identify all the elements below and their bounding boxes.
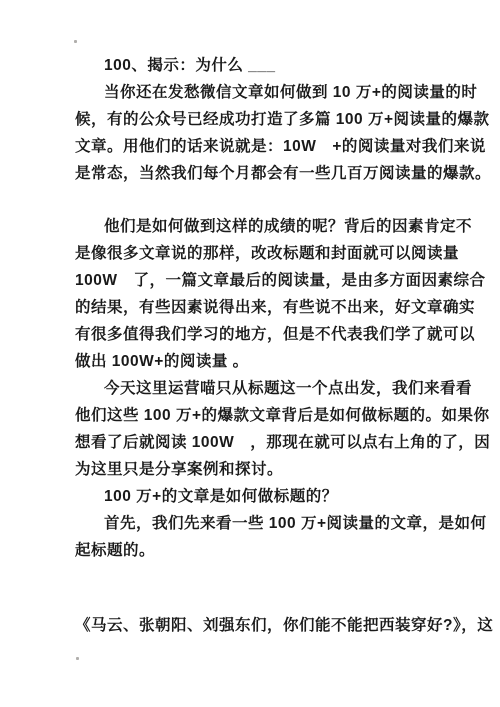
document-page: 100、揭示：为什么 ___当你还在发愁微信文章如何做到 10 万+的阅读量的时… bbox=[0, 0, 500, 707]
text-line: 做出 100W+的阅读量 。 bbox=[75, 348, 435, 375]
text-line: 候，有的公众号已经成功打造了多篇 100 万+阅读量的爆款 bbox=[75, 106, 435, 133]
stray-mark-top bbox=[74, 40, 77, 43]
text-line: 是常态，当然我们每个月都会有一些几百万阅读量的爆款。 bbox=[75, 160, 435, 187]
text-line: 他们是如何做到这样的成绩的呢？背后的因素肯定不 bbox=[75, 213, 435, 240]
document-body: 100、揭示：为什么 ___当你还在发愁微信文章如何做到 10 万+的阅读量的时… bbox=[75, 52, 435, 639]
text-line: 《马云、张朝阳、刘强东们，你们能不能把西装穿好?》，这 bbox=[75, 612, 435, 639]
text-line: 100 万+的文章是如何做标题的？ bbox=[75, 483, 435, 510]
text-line: 100、揭示：为什么 ___ bbox=[75, 52, 435, 79]
text-line: 是像很多文章说的那样，改改标题和封面就可以阅读量 bbox=[75, 240, 435, 267]
text-line: 起标题的。 bbox=[75, 537, 435, 564]
text-line: 的结果，有些因素说得出来，有些说不出来，好文章确实 bbox=[75, 294, 435, 321]
text-line: 他们这些 100 万+的爆款文章背后是如何做标题的。如果你 bbox=[75, 402, 435, 429]
stray-mark-bottom bbox=[76, 657, 79, 660]
text-line: 当你还在发愁微信文章如何做到 10 万+的阅读量的时 bbox=[75, 79, 435, 106]
text-line: 想看了后就阅读 100W ，那现在就可以点右上角的了，因 bbox=[75, 429, 435, 456]
text-line: 文章。用他们的话来说就是：10W +的阅读量对我们来说 bbox=[75, 133, 435, 160]
text-line: 有很多值得我们学习的地方，但是不代表我们学了就可以 bbox=[75, 321, 435, 348]
text-line: 100W 了，一篇文章最后的阅读量，是由多方面因素综合 bbox=[75, 267, 435, 294]
text-line: 为这里只是分享案例和探讨。 bbox=[75, 456, 435, 483]
text-line: 首先，我们先来看一些 100 万+阅读量的文章，是如何 bbox=[75, 510, 435, 537]
text-line: 今天这里运营喵只从标题这一个点出发，我们来看看 bbox=[75, 375, 435, 402]
